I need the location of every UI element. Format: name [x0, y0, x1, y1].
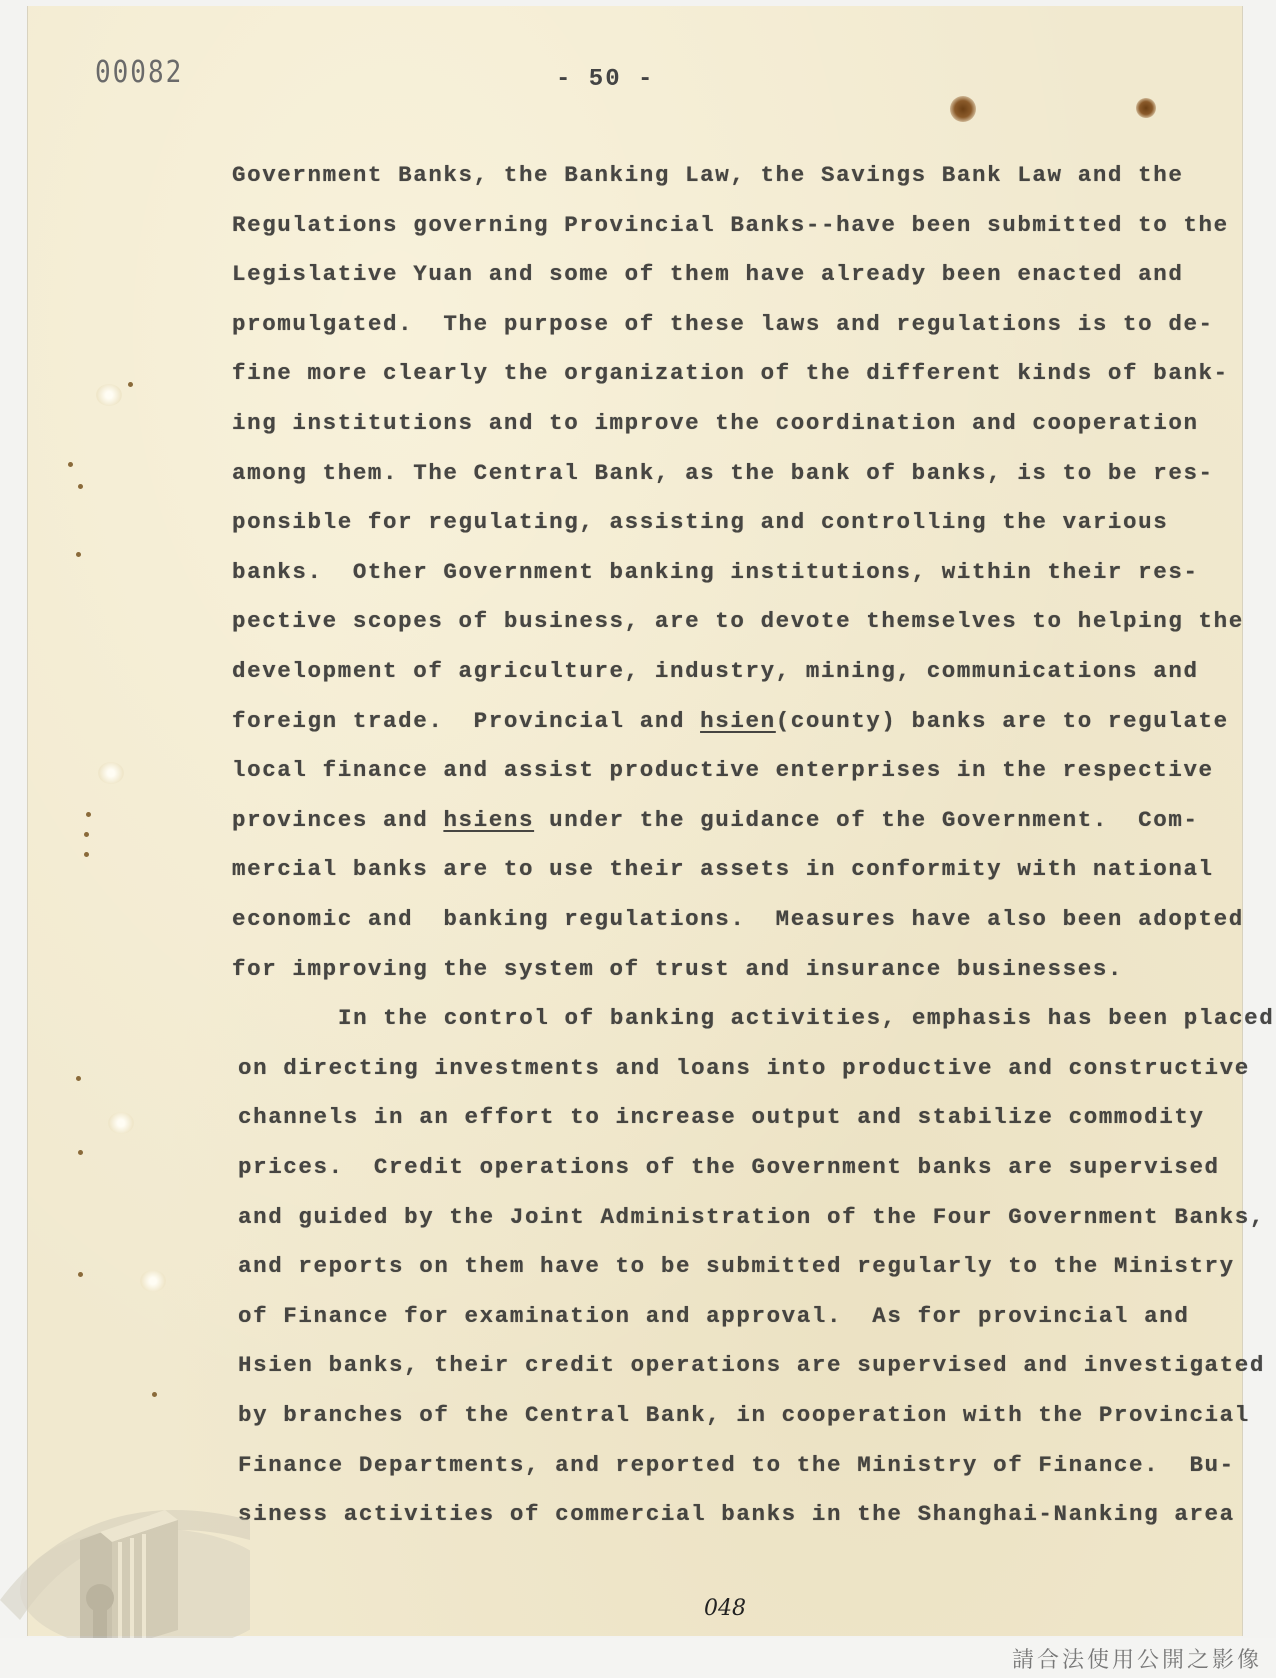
text-line: by branches of the Central Bank, in coop… — [238, 1402, 1250, 1428]
pin-mark — [86, 812, 91, 817]
binding-hole — [108, 1112, 134, 1134]
rust-stain — [950, 96, 976, 122]
text-line: Hsien banks, their credit operations are… — [238, 1352, 1265, 1378]
archive-number: 00082 — [95, 56, 183, 91]
binding-hole — [140, 1270, 166, 1292]
pin-mark — [78, 1150, 83, 1155]
rust-stain — [1136, 98, 1156, 118]
text-line: mercial banks are to use their assets in… — [232, 856, 1214, 882]
text-line: local finance and assist productive ente… — [232, 757, 1214, 783]
usage-notice: 請合法使用公開之影像 — [1012, 1643, 1262, 1674]
text-line: economic and banking regulations. Measur… — [232, 906, 1244, 932]
text-line: promulgated. The purpose of these laws a… — [232, 311, 1214, 337]
text-line: channels in an effort to increase output… — [238, 1104, 1205, 1130]
page-number: - 50 - — [556, 66, 654, 93]
text-line: Finance Departments, and reported to the… — [238, 1452, 1235, 1478]
binding-hole — [96, 384, 122, 406]
text-line: for improving the system of trust and in… — [232, 956, 1123, 982]
underlined-term: hsien — [700, 708, 776, 734]
text-line: and guided by the Joint Administration o… — [238, 1204, 1265, 1230]
pin-mark — [152, 1392, 157, 1397]
text-line: on directing investments and loans into … — [238, 1055, 1250, 1081]
handwritten-folio: 048 — [704, 1596, 746, 1621]
pin-mark — [78, 484, 83, 489]
text-line: In the control of banking activities, em… — [338, 1005, 1274, 1031]
text-line: prices. Credit operations of the Governm… — [238, 1154, 1220, 1180]
text-line: Regulations governing Provincial Banks--… — [232, 212, 1229, 238]
text-line: siness activities of commercial banks in… — [238, 1501, 1235, 1527]
pin-mark — [76, 1076, 81, 1081]
text-line: Government Banks, the Banking Law, the S… — [232, 162, 1183, 188]
binding-hole — [98, 762, 124, 784]
pin-mark — [68, 462, 73, 467]
text-line: provinces and hsiens under the guidance … — [232, 807, 1199, 833]
pin-mark — [76, 552, 81, 557]
text-line: ing institutions and to improve the coor… — [232, 410, 1199, 436]
pin-mark — [84, 832, 89, 837]
pin-mark — [84, 852, 89, 857]
archive-logo-icon — [0, 1480, 250, 1650]
text-line: ponsible for regulating, assisting and c… — [232, 509, 1168, 535]
text-line: among them. The Central Bank, as the ban… — [232, 460, 1214, 486]
text-line: fine more clearly the organization of th… — [232, 360, 1229, 386]
text-line: foreign trade. Provincial and hsien(coun… — [232, 708, 1229, 734]
text-line: of Finance for examination and approval.… — [238, 1303, 1189, 1329]
text-line: banks. Other Government banking institut… — [232, 559, 1199, 585]
pin-mark — [128, 382, 133, 387]
text-line: pective scopes of business, are to devot… — [232, 608, 1244, 634]
text-line: development of agriculture, industry, mi… — [232, 658, 1199, 684]
text-line: and reports on them have to be submitted… — [238, 1253, 1235, 1279]
underlined-term: hsiens — [443, 807, 534, 833]
text-line: Legislative Yuan and some of them have a… — [232, 261, 1183, 287]
pin-mark — [78, 1272, 83, 1277]
